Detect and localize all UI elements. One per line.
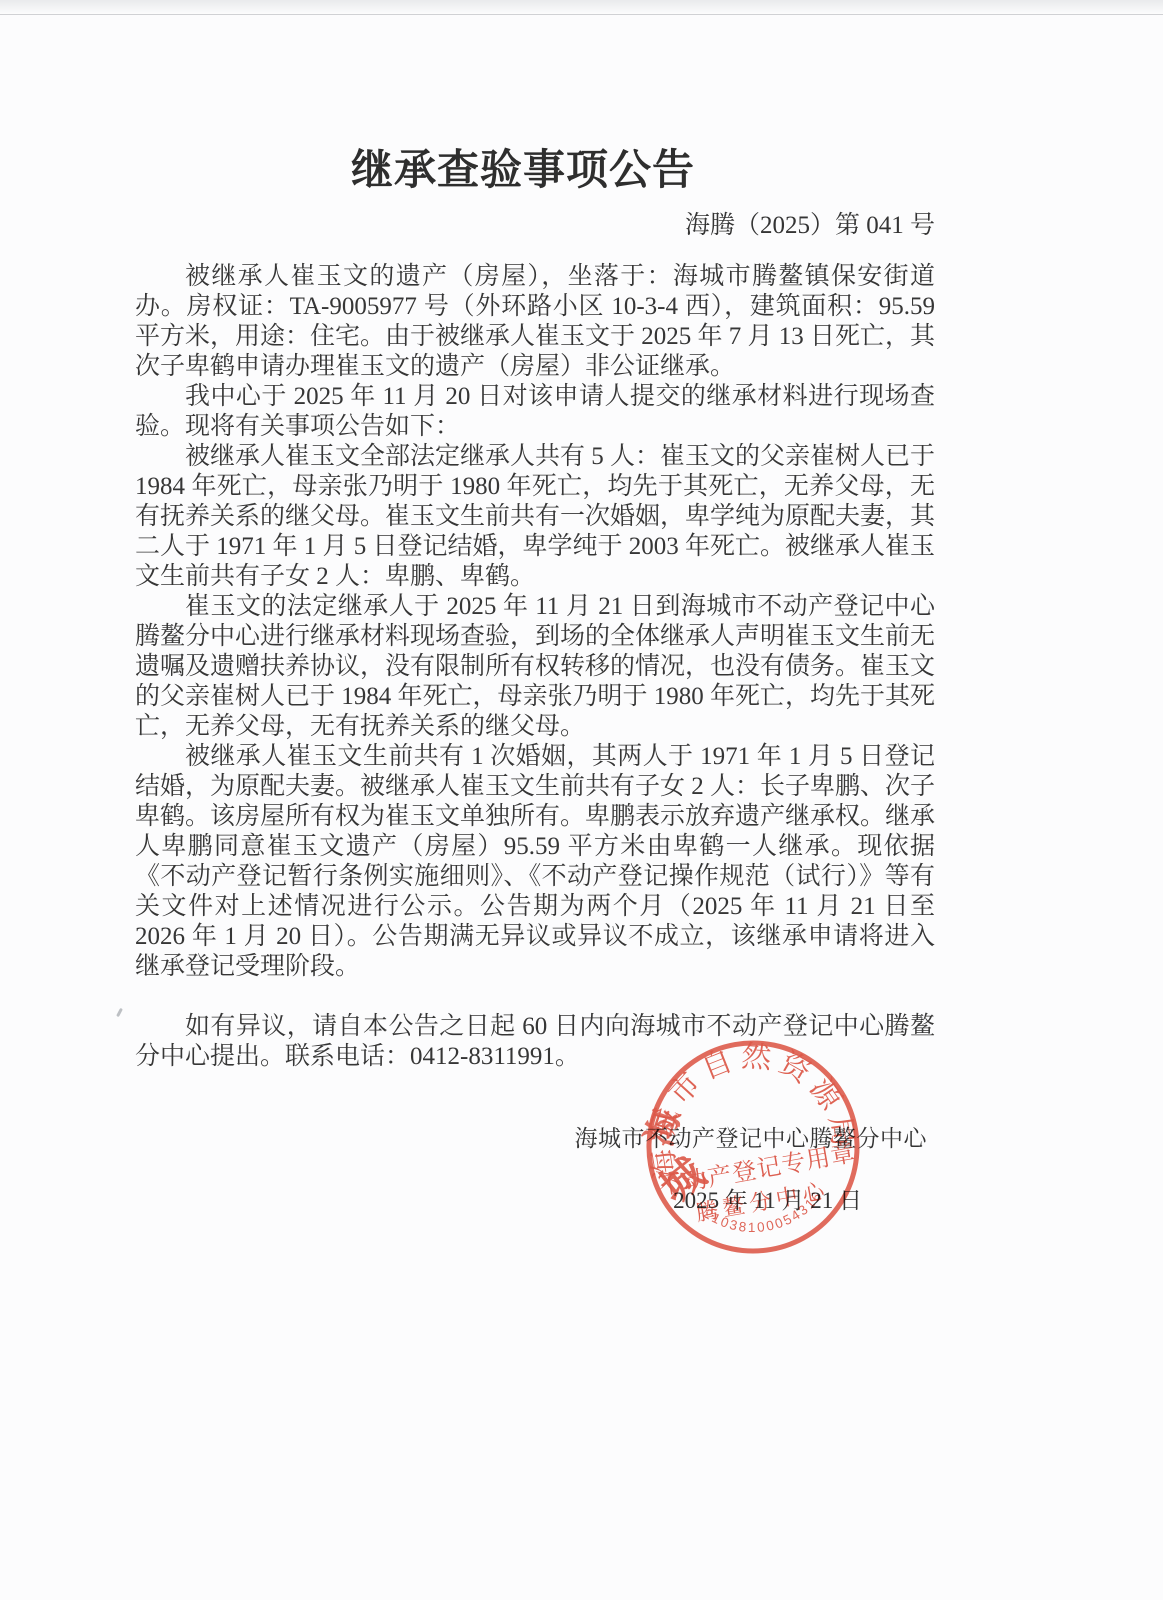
body-paragraph-3: 被继承人崔玉文全部法定继承人共有 5 人：崔玉文的父亲崔树人已于 1984 年死… — [135, 442, 935, 592]
stray-scan-mark — [116, 1008, 123, 1017]
body-paragraph-5: 被继承人崔玉文生前共有 1 次婚姻，其两人于 1971 年 1 月 5 日登记结… — [135, 742, 935, 982]
document-body: 继承查验事项公告 海腾（2025）第 041 号 被继承人崔玉文的遗产（房屋），… — [135, 146, 935, 1072]
official-seal: 海城市自然资源局 21038100054316 不动产登记专用章 腾鳌分中心 海… — [628, 1022, 878, 1272]
body-text: 被继承人崔玉文的遗产（房屋），坐落于：海城市腾鳌镇保安街道办。房权证：TA-90… — [135, 262, 935, 1072]
body-paragraph-4: 崔玉文的法定继承人于 2025 年 11 月 21 日到海城市不动产登记中心腾鳌… — [135, 592, 935, 742]
body-paragraph-2: 我中心于 2025 年 11 月 20 日对该申请人提交的继承材料进行现场查验。… — [135, 382, 935, 442]
scanned-notice-document: 继承查验事项公告 海腾（2025）第 041 号 被继承人崔玉文的遗产（房屋），… — [0, 0, 1163, 1600]
official-seal-svg: 海城市自然资源局 21038100054316 不动产登记专用章 腾鳌分中心 海… — [628, 1022, 878, 1272]
scan-edge-artifact — [0, 0, 1163, 15]
doc-number: 海腾（2025）第 041 号 — [135, 211, 935, 241]
page-title: 继承查验事项公告 — [135, 146, 911, 194]
body-paragraph-1: 被继承人崔玉文的遗产（房屋），坐落于：海城市腾鳌镇保安街道办。房权证：TA-90… — [135, 262, 935, 382]
